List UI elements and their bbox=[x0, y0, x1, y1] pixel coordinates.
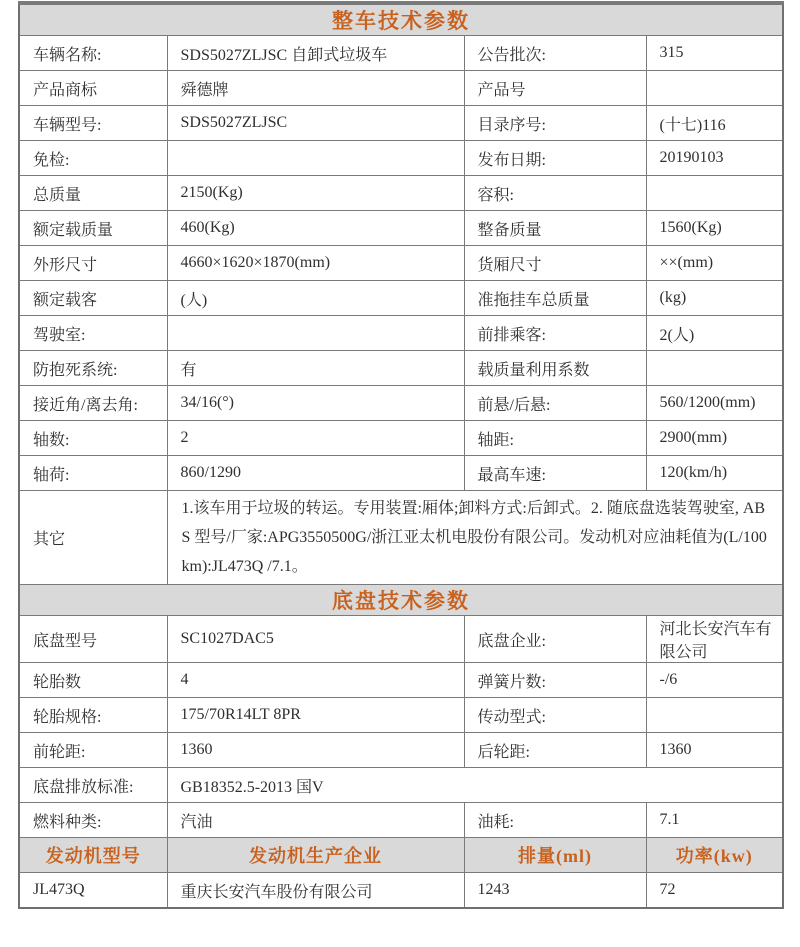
row-value: 河北长安汽车有限公司 bbox=[646, 616, 783, 663]
row-value bbox=[167, 316, 464, 351]
row-value: 20190103 bbox=[646, 141, 783, 176]
row-label: 前排乘客: bbox=[464, 316, 646, 351]
engine-header-cell: 发动机生产企业 bbox=[167, 838, 464, 873]
row-label: 底盘企业: bbox=[464, 616, 646, 663]
table-row-pairs: 驾驶室:前排乘客:2(人) bbox=[19, 316, 783, 351]
row-value: 7.1 bbox=[646, 803, 783, 838]
row-label: 轮胎数 bbox=[19, 663, 167, 698]
table-row-engine-header: 发动机型号发动机生产企业排量(ml)功率(kw) bbox=[19, 838, 783, 873]
row-label: 弹簧片数: bbox=[464, 663, 646, 698]
table-row-pairs: 额定载客(人)准拖挂车总质量(kg) bbox=[19, 281, 783, 316]
row-value: 860/1290 bbox=[167, 456, 464, 491]
row-value: JL473Q bbox=[19, 873, 167, 909]
row-label: 传动型式: bbox=[464, 698, 646, 733]
row-value bbox=[167, 141, 464, 176]
row-label: 免检: bbox=[19, 141, 167, 176]
engine-header-cell: 功率(kw) bbox=[646, 838, 783, 873]
row-label: 接近角/离去角: bbox=[19, 386, 167, 421]
table-row-pairs: 外形尺寸4660×1620×1870(mm)货厢尺寸××(mm) bbox=[19, 246, 783, 281]
row-value: (十七)116 bbox=[646, 106, 783, 141]
row-value: 1243 bbox=[464, 873, 646, 909]
row-label: 轴数: bbox=[19, 421, 167, 456]
row-value: 有 bbox=[167, 351, 464, 386]
table-row-pairs: 轮胎数4弹簧片数:-/6 bbox=[19, 663, 783, 698]
row-label: 产品号 bbox=[464, 71, 646, 106]
row-value: 34/16(°) bbox=[167, 386, 464, 421]
row-label: 发布日期: bbox=[464, 141, 646, 176]
engine-header-cell: 发动机型号 bbox=[19, 838, 167, 873]
row-value: 2 bbox=[167, 421, 464, 456]
row-value: (kg) bbox=[646, 281, 783, 316]
row-label: 油耗: bbox=[464, 803, 646, 838]
row-value: 560/1200(mm) bbox=[646, 386, 783, 421]
row-label: 车辆名称: bbox=[19, 36, 167, 71]
section-title: 底盘技术参数 bbox=[19, 585, 783, 616]
spec-table-body: 整车技术参数车辆名称:SDS5027ZLJSC 自卸式垃圾车公告批次:315产品… bbox=[19, 3, 783, 908]
row-value: 汽油 bbox=[167, 803, 464, 838]
row-value: 315 bbox=[646, 36, 783, 71]
table-row-pairs: 轴数:2轴距:2900(mm) bbox=[19, 421, 783, 456]
row-label: 产品商标 bbox=[19, 71, 167, 106]
row-label: 总质量 bbox=[19, 176, 167, 211]
row-value: SDS5027ZLJSC 自卸式垃圾车 bbox=[167, 36, 464, 71]
table-row-pairs: 免检:发布日期:20190103 bbox=[19, 141, 783, 176]
row-value bbox=[646, 698, 783, 733]
engine-header-cell: 排量(ml) bbox=[464, 838, 646, 873]
row-value: 72 bbox=[646, 873, 783, 909]
row-label: 准拖挂车总质量 bbox=[464, 281, 646, 316]
row-value: 120(km/h) bbox=[646, 456, 783, 491]
row-value bbox=[646, 71, 783, 106]
row-label: 燃料种类: bbox=[19, 803, 167, 838]
row-value: (人) bbox=[167, 281, 464, 316]
row-label: 驾驶室: bbox=[19, 316, 167, 351]
vehicle-spec-table: 整车技术参数车辆名称:SDS5027ZLJSC 自卸式垃圾车公告批次:315产品… bbox=[18, 1, 784, 909]
row-value bbox=[646, 351, 783, 386]
row-value: 1.该车用于垃圾的转运。专用装置:厢体;卸料方式:后卸式。2. 随底盘选装驾驶室… bbox=[167, 491, 783, 585]
row-value: ××(mm) bbox=[646, 246, 783, 281]
table-row-engine-data: JL473Q重庆长安汽车股份有限公司124372 bbox=[19, 873, 783, 909]
row-value: 2150(Kg) bbox=[167, 176, 464, 211]
table-row-pairs: 防抱死系统:有载质量利用系数 bbox=[19, 351, 783, 386]
row-label: 防抱死系统: bbox=[19, 351, 167, 386]
table-row-pairs: 底盘型号SC1027DAC5底盘企业:河北长安汽车有限公司 bbox=[19, 616, 783, 663]
row-value: 175/70R14LT 8PR bbox=[167, 698, 464, 733]
row-value: 4 bbox=[167, 663, 464, 698]
row-label: 轴荷: bbox=[19, 456, 167, 491]
row-value: SDS5027ZLJSC bbox=[167, 106, 464, 141]
table-row-pairs: 接近角/离去角:34/16(°)前悬/后悬:560/1200(mm) bbox=[19, 386, 783, 421]
row-value: 1360 bbox=[167, 733, 464, 768]
row-label: 后轮距: bbox=[464, 733, 646, 768]
table-row-pairs: 轴荷:860/1290最高车速:120(km/h) bbox=[19, 456, 783, 491]
row-label: 轮胎规格: bbox=[19, 698, 167, 733]
table-row-pairs: 燃料种类:汽油油耗:7.1 bbox=[19, 803, 783, 838]
row-value: 2(人) bbox=[646, 316, 783, 351]
row-value: 重庆长安汽车股份有限公司 bbox=[167, 873, 464, 909]
row-label: 其它 bbox=[19, 491, 167, 585]
row-value: 4660×1620×1870(mm) bbox=[167, 246, 464, 281]
row-label: 底盘型号 bbox=[19, 616, 167, 663]
table-row-section: 整车技术参数 bbox=[19, 3, 783, 36]
row-label: 车辆型号: bbox=[19, 106, 167, 141]
row-label: 目录序号: bbox=[464, 106, 646, 141]
row-value: 舜德牌 bbox=[167, 71, 464, 106]
row-label: 前轮距: bbox=[19, 733, 167, 768]
table-row-pairs: 额定载质量460(Kg)整备质量1560(Kg) bbox=[19, 211, 783, 246]
row-label: 容积: bbox=[464, 176, 646, 211]
table-row-span: 其它1.该车用于垃圾的转运。专用装置:厢体;卸料方式:后卸式。2. 随底盘选装驾… bbox=[19, 491, 783, 585]
table-row-span: 底盘排放标准:GB18352.5-2013 国V bbox=[19, 768, 783, 803]
table-row-section: 底盘技术参数 bbox=[19, 585, 783, 616]
row-value: 1560(Kg) bbox=[646, 211, 783, 246]
row-label: 额定载客 bbox=[19, 281, 167, 316]
row-label: 货厢尺寸 bbox=[464, 246, 646, 281]
row-label: 前悬/后悬: bbox=[464, 386, 646, 421]
row-label: 载质量利用系数 bbox=[464, 351, 646, 386]
row-label: 整备质量 bbox=[464, 211, 646, 246]
row-value bbox=[646, 176, 783, 211]
row-label: 额定载质量 bbox=[19, 211, 167, 246]
row-value: 460(Kg) bbox=[167, 211, 464, 246]
row-value: 2900(mm) bbox=[646, 421, 783, 456]
row-value: -/6 bbox=[646, 663, 783, 698]
table-row-pairs: 轮胎规格:175/70R14LT 8PR传动型式: bbox=[19, 698, 783, 733]
row-label: 公告批次: bbox=[464, 36, 646, 71]
row-value: GB18352.5-2013 国V bbox=[167, 768, 783, 803]
page: 整车技术参数车辆名称:SDS5027ZLJSC 自卸式垃圾车公告批次:315产品… bbox=[0, 0, 800, 947]
row-value: SC1027DAC5 bbox=[167, 616, 464, 663]
row-label: 外形尺寸 bbox=[19, 246, 167, 281]
row-label: 轴距: bbox=[464, 421, 646, 456]
row-label: 最高车速: bbox=[464, 456, 646, 491]
section-title: 整车技术参数 bbox=[19, 3, 783, 36]
table-row-pairs: 前轮距:1360后轮距:1360 bbox=[19, 733, 783, 768]
table-row-pairs: 车辆名称:SDS5027ZLJSC 自卸式垃圾车公告批次:315 bbox=[19, 36, 783, 71]
table-row-pairs: 总质量2150(Kg)容积: bbox=[19, 176, 783, 211]
table-row-pairs: 车辆型号:SDS5027ZLJSC目录序号:(十七)116 bbox=[19, 106, 783, 141]
row-label: 底盘排放标准: bbox=[19, 768, 167, 803]
table-row-pairs: 产品商标舜德牌产品号 bbox=[19, 71, 783, 106]
row-value: 1360 bbox=[646, 733, 783, 768]
